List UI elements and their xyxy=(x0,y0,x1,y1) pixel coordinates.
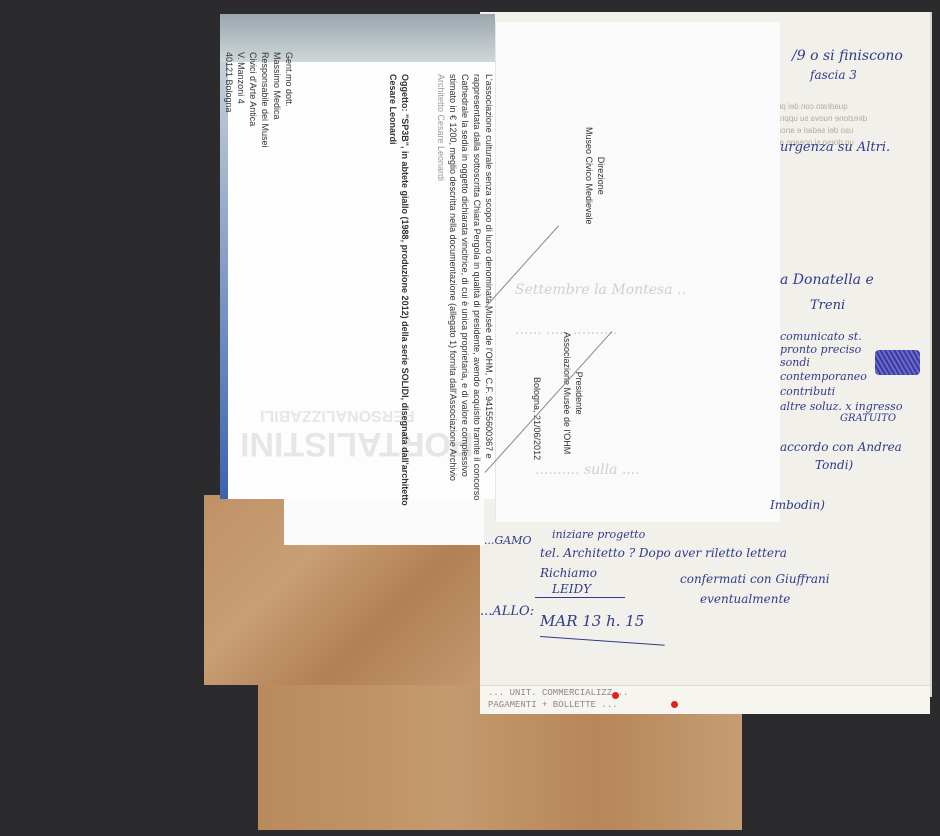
letter-body: L'associazione culturale senza scopo di … xyxy=(435,74,495,500)
handwritten-note: Tondi) xyxy=(815,458,853,472)
handwritten-note: altre soluz. x ingresso xyxy=(780,400,902,413)
handwritten-note: comunicato st. xyxy=(780,330,862,343)
handwritten-note: sondi xyxy=(780,356,810,369)
handwritten-note: eventualmente xyxy=(700,592,790,606)
handwritten-note: iniziare progetto xyxy=(552,528,645,541)
ink-scribble xyxy=(875,350,920,375)
handwritten-note: tel. Architetto ? Dopo aver riletto lett… xyxy=(540,546,787,560)
handwritten-note: GRATUITO xyxy=(840,413,896,424)
handwritten-note: contributi xyxy=(780,385,835,398)
paper-strip: ... UNIT. COMMERCIALIZZ... PAGAMENTI + B… xyxy=(480,685,930,714)
handwritten-note: fascia 3 xyxy=(810,68,857,82)
handwritten-note: urgenza su Altri. xyxy=(780,140,890,155)
red-dot-marker xyxy=(612,692,619,699)
handwritten-note: pronto preciso xyxy=(780,343,861,356)
recipient-block: Gent.mo dott. Massimo Medica Responsabil… xyxy=(223,52,295,148)
underline-stroke xyxy=(535,597,625,598)
handwritten-note: confermati con Giuffrani xyxy=(680,572,830,586)
handwritten-note: ...GAMO xyxy=(484,534,532,547)
under-sheet xyxy=(284,495,484,545)
addressee-block: Direzione Museo Civico Medievale xyxy=(583,127,607,225)
letter-right-page: Bologna, 21/06/2012 Presidente Associazi… xyxy=(495,22,780,522)
handwritten-note: /9 o si finiscono xyxy=(792,48,903,64)
pen-stroke xyxy=(485,331,613,473)
handwritten-note: a Donatella e xyxy=(780,272,874,288)
scanner-background xyxy=(0,0,205,836)
red-dot-marker xyxy=(671,701,678,708)
handwritten-note: accordo con Andrea xyxy=(780,440,902,454)
handwritten-note: LEIDY xyxy=(552,582,591,596)
handwritten-note: Treni xyxy=(810,298,845,313)
letter-left-page: PORTALISTINI PERSONALIZZABILI Gent.mo do… xyxy=(220,14,495,499)
subject-line: Oggetto: "SP3B", in abtete giallo (1988,… xyxy=(387,74,411,506)
handwritten-note: MAR 13 h. 15 xyxy=(540,612,644,630)
pencil-note: ... UNIT. COMMERCIALIZZ... xyxy=(488,688,628,698)
signature-block: Presidente Associazione Musée de l'OHM xyxy=(561,332,585,454)
pencil-note: PAGAMENTI + BOLLETTE ... xyxy=(488,700,618,710)
handwritten-note: Richiamo xyxy=(540,566,597,580)
handwritten-note: ...ALLO: xyxy=(480,604,534,619)
handwritten-note: contemporaneo xyxy=(780,370,867,383)
handwritten-note: Imbodin) xyxy=(770,498,825,512)
